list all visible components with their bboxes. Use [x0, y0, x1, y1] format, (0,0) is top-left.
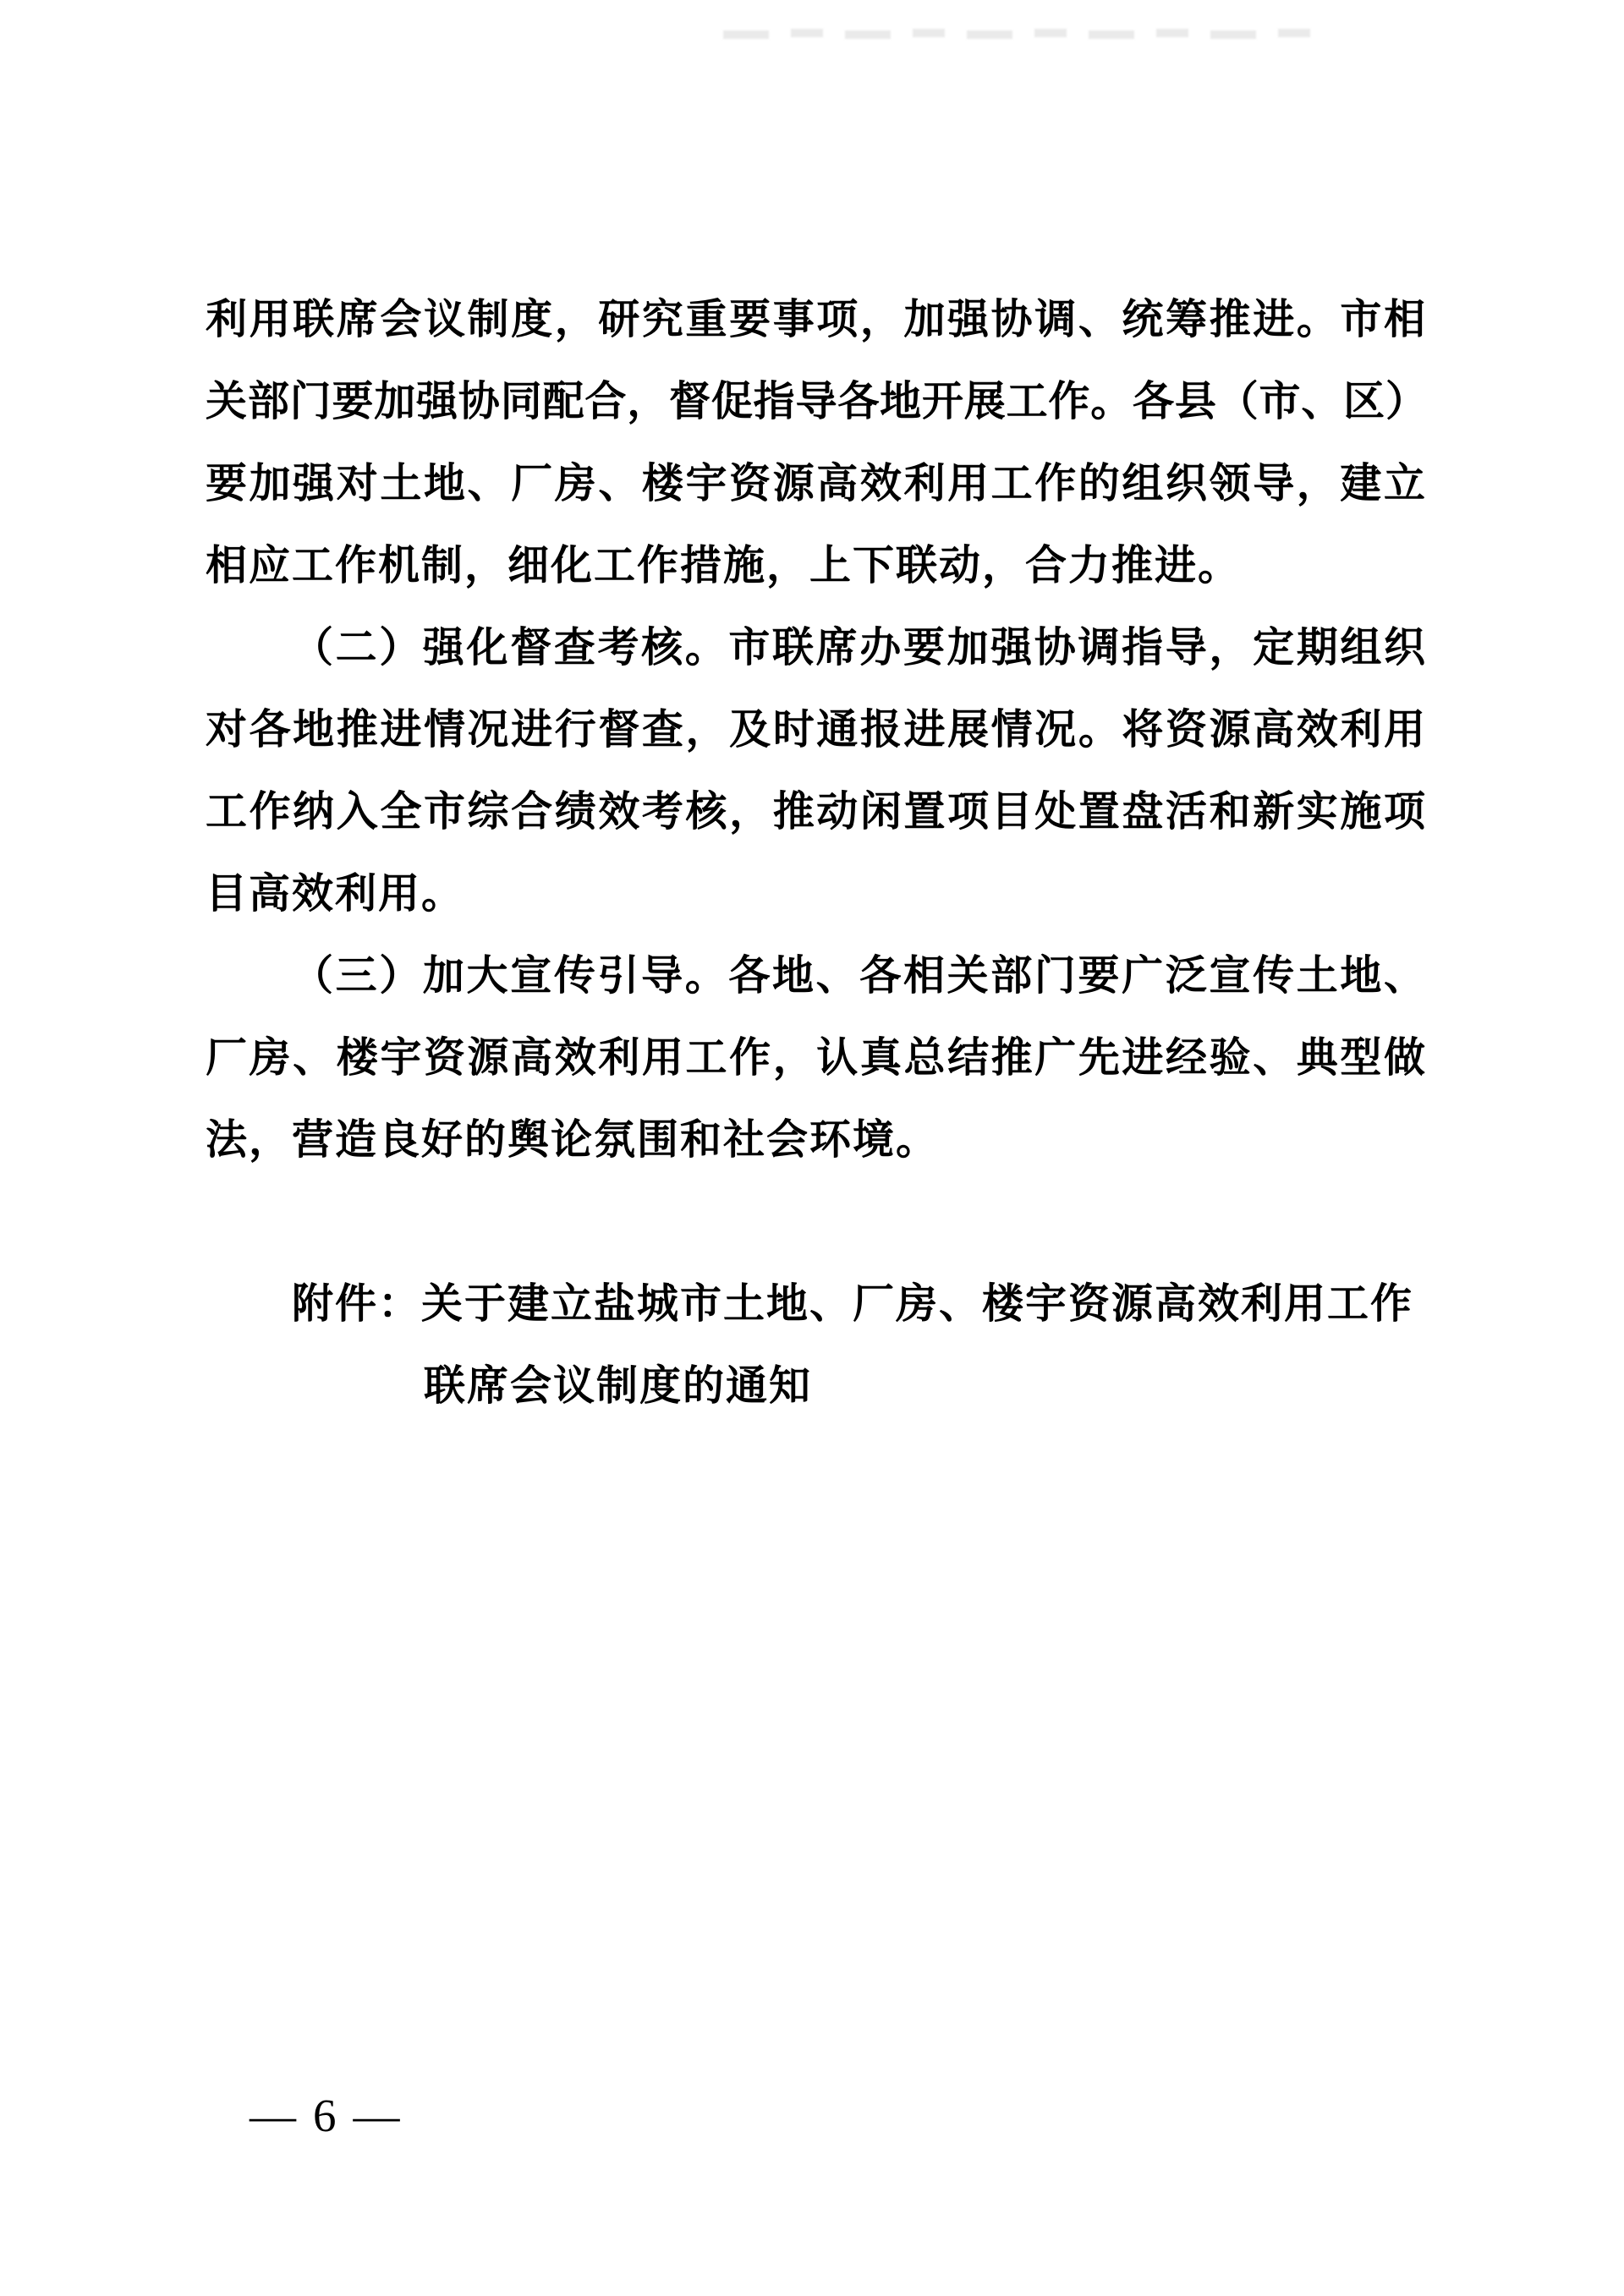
body-line: （二）强化督查考核。市联席办要加强协调指导，定期组织 [206, 607, 1427, 689]
body-line: 相应工作机制，细化工作措施，上下联动，合力推进。 [206, 525, 1427, 607]
footer-left-dash: — [250, 2090, 296, 2141]
paragraph: 利用联席会议制度，研究重要事项，加强协调、统筹推进。市相 关部门要加强协同配合，… [206, 279, 1427, 607]
body-line: 目高效利用。 [206, 853, 1427, 935]
attachment-line: 附件：关于建立盐城市土地、厂房、楼宇资源高效利用工作 [206, 1263, 1427, 1345]
body-line: （三）加大宣传引导。各地、各相关部门要广泛宣传土地、 [206, 935, 1427, 1017]
body-line: 厂房、楼宇资源高效利用工作，认真总结推广先进经验、典型做 [206, 1017, 1427, 1099]
body-line: 要加强对土地、厂房、楼宇资源高效利用工作的组织领导，建立 [206, 443, 1427, 525]
paragraph: （三）加大宣传引导。各地、各相关部门要广泛宣传土地、 厂房、楼宇资源高效利用工作… [206, 935, 1427, 1181]
document-body: 利用联席会议制度，研究重要事项，加强协调、统筹推进。市相 关部门要加强协同配合，… [206, 279, 1427, 1427]
footer-right-dash: — [354, 2090, 400, 2141]
attachment-line: 联席会议制度的通知 [206, 1345, 1427, 1427]
scan-bleed-artifact [723, 29, 1324, 41]
page-footer: —6— [250, 2082, 400, 2150]
document-page: 利用联席会议制度，研究重要事项，加强协调、统筹推进。市相 关部门要加强协同配合，… [0, 0, 1624, 2296]
body-line: 工作纳入全市综合绩效考核，推动闲置项目处置盘活和新实施项 [206, 771, 1427, 853]
body-line: 关部门要加强协同配合，督促指导各地开展工作。各县（市、区） [206, 361, 1427, 443]
page-number: 6 [313, 2090, 337, 2141]
attachment-note: 附件：关于建立盐城市土地、厂房、楼宇资源高效利用工作 联席会议制度的通知 [206, 1263, 1427, 1427]
body-line: 利用联席会议制度，研究重要事项，加强协调、统筹推进。市相 [206, 279, 1427, 361]
body-line: 对各地推进情况进行督查，及时通报进展情况。将资源高效利用 [206, 689, 1427, 771]
paragraph: （二）强化督查考核。市联席办要加强协调指导，定期组织 对各地推进情况进行督查，及… [206, 607, 1427, 935]
body-line: 法，营造良好的舆论氛围和社会环境。 [206, 1099, 1427, 1181]
